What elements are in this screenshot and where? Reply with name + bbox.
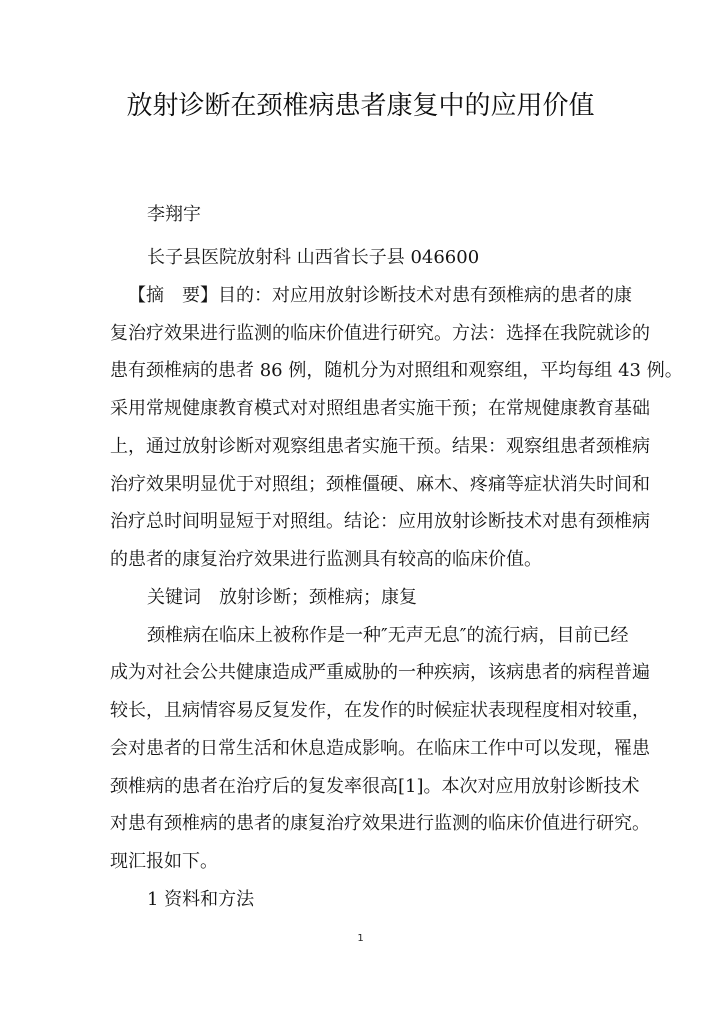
document-page: 放射诊断在颈椎病患者康复中的应用价值 李翔宇 长子县医院放射科 山西省长子县 0… <box>0 0 721 1020</box>
abstract-line: 治疗总时间明显短于对照组。结论：应用放射诊断技术对患有颈椎病 <box>110 510 612 534</box>
body-line: 对患有颈椎病的患者的康复治疗效果进行监测的临床价值进行研究。 <box>110 812 612 836</box>
abstract-line: 治疗效果明显优于对照组；颈椎僵硬、麻木、疼痛等症状消失时间和 <box>110 473 612 497</box>
abstract-line: 的患者的康复治疗效果进行监测具有较高的临床价值。 <box>110 548 612 572</box>
keywords: 关键词 放射诊断；颈椎病；康复 <box>147 586 612 610</box>
body-line: 颈椎病的患者在治疗后的复发率很高[1]。本次对应用放射诊断技术 <box>110 775 612 799</box>
body-line: 颈椎病在临床上被称作是一种″无声无息″的流行病，目前已经 <box>147 624 612 648</box>
document-title: 放射诊断在颈椎病患者康复中的应用价值 <box>0 88 721 124</box>
section-heading: 1 资料和方法 <box>147 888 612 912</box>
author-affiliation: 长子县医院放射科 山西省长子县 046600 <box>147 246 612 270</box>
body-line: 成为对社会公共健康造成严重威胁的一种疾病，该病患者的病程普遍 <box>110 661 612 685</box>
body-line: 现汇报如下。 <box>110 850 612 874</box>
abstract-line: 复治疗效果进行监测的临床价值进行研究。方法：选择在我院就诊的 <box>110 322 612 346</box>
abstract-line: 上，通过放射诊断对观察组患者实施干预。结果：观察组患者颈椎病 <box>110 435 612 459</box>
body-line: 较长，且病情容易反复发作，在发作的时候症状表现程度相对较重， <box>110 699 612 723</box>
page-number: 1 <box>0 933 721 944</box>
abstract-line: 患有颈椎病的患者 86 例，随机分为对照组和观察组，平均每组 43 例。 <box>110 359 622 383</box>
author-name: 李翔宇 <box>147 203 612 227</box>
abstract-line: 采用常规健康教育模式对对照组患者实施干预；在常规健康教育基础 <box>110 397 612 421</box>
body-line: 会对患者的日常生活和休息造成影响。在临床工作中可以发现，罹患 <box>110 737 612 761</box>
abstract-line: 【摘 要】目的：对应用放射诊断技术对患有颈椎病的患者的康 <box>128 284 612 308</box>
